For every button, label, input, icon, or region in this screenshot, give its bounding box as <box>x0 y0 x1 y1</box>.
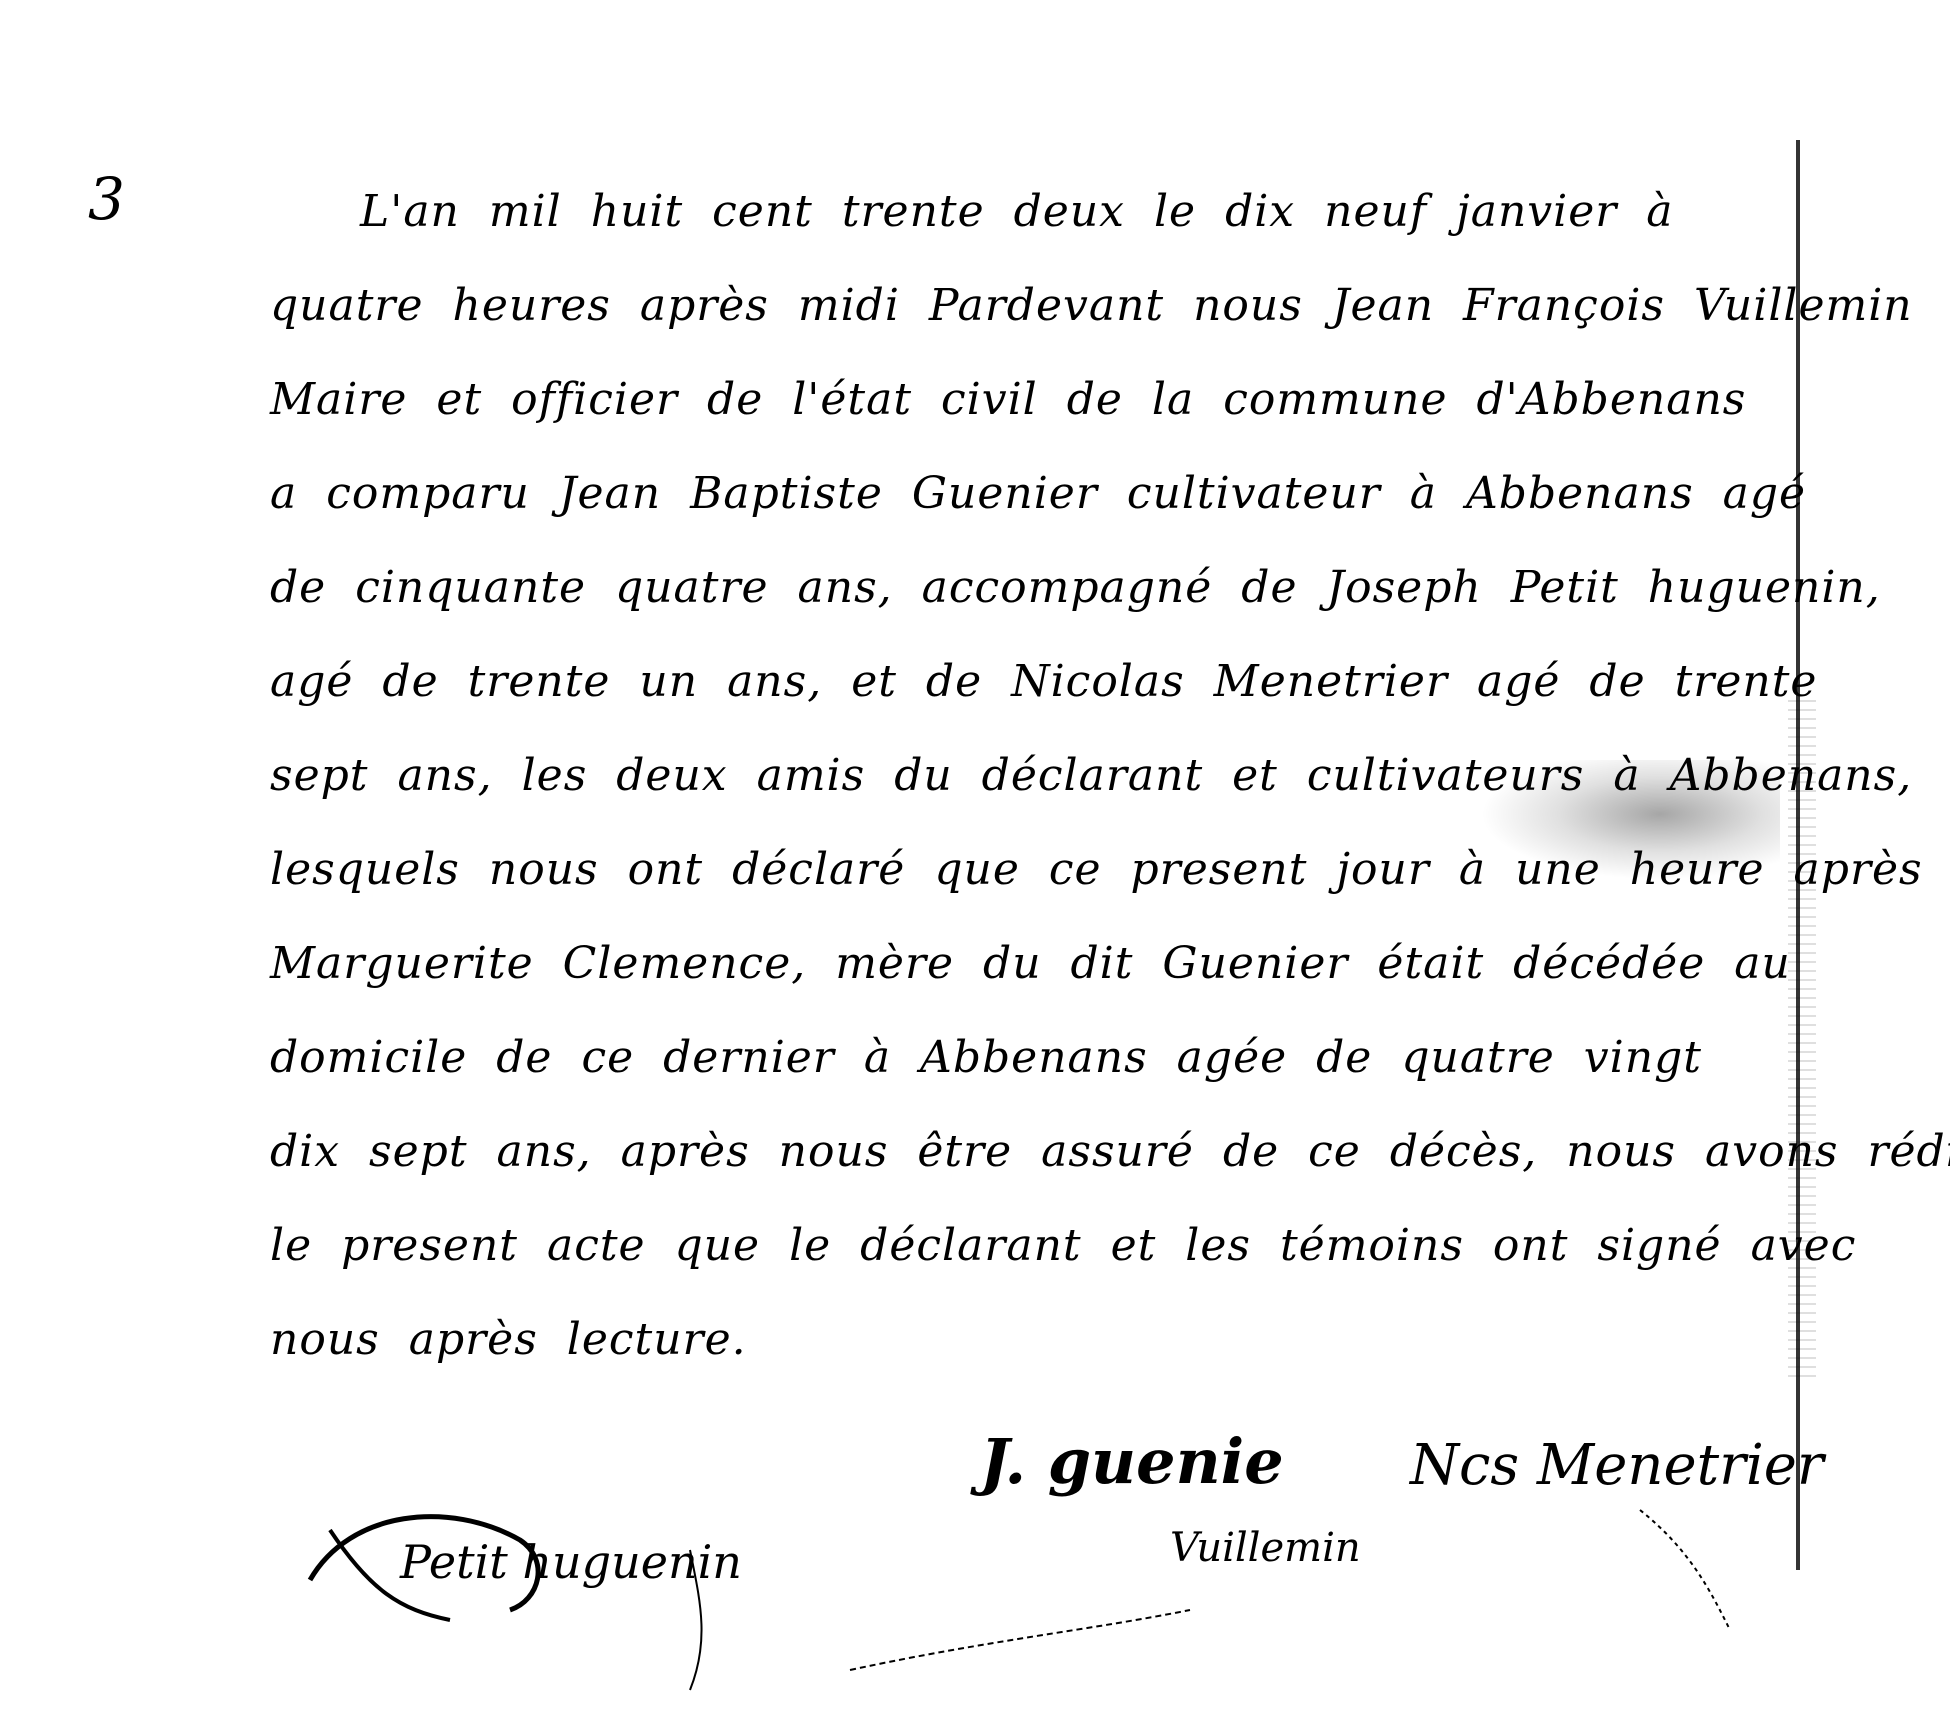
record-line-10: domicile de ce dernier à Abbenans agée d… <box>270 1011 1790 1105</box>
record-number: 3 <box>88 170 125 228</box>
signature-petit-huguenin: Petit huguenin <box>400 1535 742 1589</box>
signature-menetrier: Ncs Menetrier <box>1410 1433 1824 1498</box>
signature-vuillemin: Vuillemin <box>1170 1525 1361 1571</box>
record-line-2: quatre heures après midi Pardevant nous … <box>270 259 1790 353</box>
signature-guenier: J. guenie <box>980 1425 1284 1498</box>
record-line-12: le present acte que le déclarant et les … <box>270 1199 1790 1293</box>
record-line-5: de cinquante quatre ans, accompagné de J… <box>270 541 1790 635</box>
record-line-6: agé de trente un ans, et de Nicolas Mene… <box>270 635 1790 729</box>
record-body: L'an mil huit cent trente deux le dix ne… <box>270 165 1790 1387</box>
record-line-8: lesquels nous ont déclaré que ce present… <box>270 823 1790 917</box>
scanned-document-page: 3 L'an mil huit cent trente deux le dix … <box>0 0 1950 1709</box>
record-line-9: Marguerite Clemence, mère du dit Guenier… <box>270 917 1790 1011</box>
record-line-13: nous après lecture. <box>270 1293 1790 1387</box>
margin-rule-speckle <box>1788 700 1816 1380</box>
record-line-3: Maire et officier de l'état civil de la … <box>270 353 1790 447</box>
record-line-1: L'an mil huit cent trente deux le dix ne… <box>270 165 1790 259</box>
record-line-4: a comparu Jean Baptiste Guenier cultivat… <box>270 447 1790 541</box>
signatures-area: J. guenie Ncs Menetrier Petit huguenin V… <box>290 1425 1790 1625</box>
record-line-11: dix sept ans, après nous être assuré de … <box>270 1105 1790 1199</box>
record-line-7: sept ans, les deux amis du déclarant et … <box>270 729 1790 823</box>
